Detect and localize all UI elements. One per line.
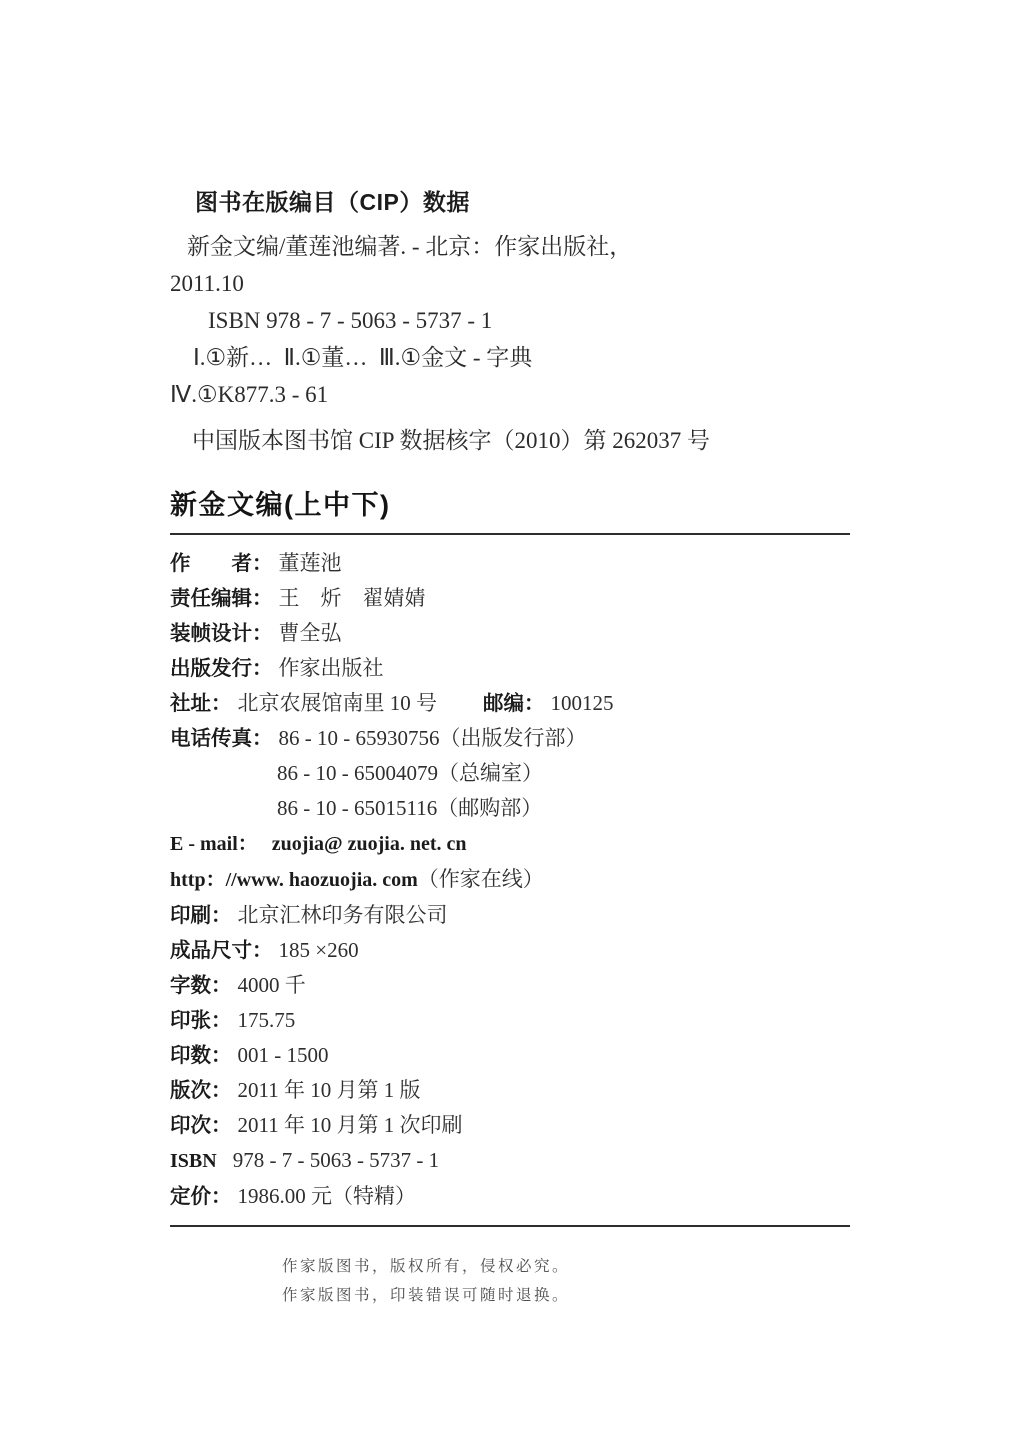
colophon-row: 定价：1986.00 元（特精） (170, 1179, 870, 1214)
colophon-divider (170, 1225, 850, 1227)
row-label: 印数： (170, 1044, 232, 1067)
cip-registration: 中国版本图书馆 CIP 数据核字（2010）第 262037 号 (170, 422, 870, 459)
colophon-rows: 作 者：董莲池责任编辑：王 炘 翟婧婧装帧设计：曹全弘出版发行：作家出版社社址：… (170, 546, 870, 1214)
row-label: 印刷： (170, 904, 232, 927)
cip-lines: 新金文编/董莲池编著. - 北京：作家出版社，2011.10ISBN 978 -… (170, 228, 870, 413)
row-value: 作家出版社 (279, 656, 384, 680)
row-label: 装帧设计： (170, 622, 273, 645)
colophon-row: ISBN978 - 7 - 5063 - 5737 - 1 (170, 1143, 870, 1179)
row-value: 董莲池 (279, 551, 342, 575)
row-value: zuojia@ zuojia. net. cn (272, 833, 467, 855)
title-divider (170, 533, 850, 535)
colophon-row: 印数：001 - 1500 (170, 1038, 870, 1073)
postcode-value: 100125 (551, 691, 614, 715)
colophon-row: 86 - 10 - 65015116（邮购部） (170, 791, 870, 826)
row-value: 86 - 10 - 65004079（总编室） (277, 761, 543, 785)
row-label: E - mail： (170, 833, 258, 855)
colophon-row: 电话传真：86 - 10 - 65930756（出版发行部） (170, 721, 870, 756)
row-value: http：//www. haozuojia. com (170, 869, 418, 891)
copyright-page: { "cip": { "header": "图书在版编目（CIP）数据", "l… (0, 0, 1021, 1439)
row-value: 001 - 1500 (238, 1043, 329, 1067)
row-label: 成品尺寸： (170, 939, 273, 962)
postcode-label: 邮编： (483, 692, 545, 715)
row-label: ISBN (170, 1150, 217, 1172)
colophon-row: E - mail：zuojia@ zuojia. net. cn (170, 826, 870, 862)
row-value: 978 - 7 - 5063 - 5737 - 1 (233, 1148, 439, 1172)
colophon-row: 责任编辑：王 炘 翟婧婧 (170, 581, 870, 616)
row-label: 社址： (170, 692, 232, 715)
row-value: 86 - 10 - 65015116（邮购部） (277, 796, 542, 820)
row-value: 1986.00 元（特精） (238, 1184, 417, 1208)
row-value: 2011 年 10 月第 1 次印刷 (238, 1113, 463, 1137)
cip-header: 图书在版编目（CIP）数据 (170, 186, 870, 218)
row-value: 175.75 (238, 1008, 296, 1032)
row-value: 北京农展馆南里 10 号 (238, 691, 438, 715)
cip-block: 图书在版编目（CIP）数据 新金文编/董莲池编著. - 北京：作家出版社，201… (170, 186, 870, 459)
cip-line: Ⅳ.①K877.3 - 61 (170, 376, 870, 413)
colophon-row: 印刷：北京汇林印务有限公司 (170, 898, 870, 933)
colophon-row: http：//www. haozuojia. com（作家在线） (170, 862, 870, 898)
colophon-row: 成品尺寸：185 ×260 (170, 933, 870, 968)
row-label: 电话传真： (170, 727, 273, 750)
cip-line: ISBN 978 - 7 - 5063 - 5737 - 1 (170, 302, 870, 339)
copyright-notice-line: 作家版图书，印装错误可随时退换。 (282, 1281, 870, 1310)
copyright-notice-line: 作家版图书，版权所有，侵权必究。 (282, 1252, 870, 1281)
colophon-row: 作 者：董莲池 (170, 546, 870, 581)
row-value: 86 - 10 - 65930756（出版发行部） (279, 726, 587, 750)
row-label: 印次： (170, 1114, 232, 1137)
colophon-row: 字数：4000 千 (170, 968, 870, 1003)
row-value-suffix: （作家在线） (418, 867, 544, 891)
cip-line: Ⅰ.①新… Ⅱ.①董… Ⅲ.①金文 - 字典 (170, 339, 870, 376)
colophon-row: 86 - 10 - 65004079（总编室） (170, 756, 870, 791)
cip-line: 新金文编/董莲池编著. - 北京：作家出版社， (170, 228, 870, 265)
page-content: 图书在版编目（CIP）数据 新金文编/董莲池编著. - 北京：作家出版社，201… (170, 186, 870, 1310)
row-label: 印张： (170, 1009, 232, 1032)
row-value: 曹全弘 (279, 621, 342, 645)
row-label: 出版发行： (170, 657, 273, 680)
row-value: 王 炘 翟婧婧 (279, 586, 426, 610)
row-value: 185 ×260 (279, 938, 359, 962)
colophon-row: 社址：北京农展馆南里 10 号邮编：100125 (170, 686, 870, 721)
colophon-row: 出版发行：作家出版社 (170, 651, 870, 686)
row-label: 字数： (170, 974, 232, 997)
row-label: 作 者： (170, 552, 273, 575)
book-title: 新金文编(上中下) (170, 488, 870, 522)
cip-line: 2011.10 (170, 265, 870, 302)
row-value: 北京汇林印务有限公司 (238, 903, 448, 927)
colophon-row: 印张：175.75 (170, 1003, 870, 1038)
row-label: 责任编辑： (170, 587, 273, 610)
colophon-row: 印次：2011 年 10 月第 1 次印刷 (170, 1108, 870, 1143)
colophon-row: 版次：2011 年 10 月第 1 版 (170, 1073, 870, 1108)
colophon-row: 装帧设计：曹全弘 (170, 616, 870, 651)
row-value: 2011 年 10 月第 1 版 (238, 1078, 421, 1102)
row-value: 4000 千 (238, 973, 306, 997)
row-label: 版次： (170, 1079, 232, 1102)
copyright-notices: 作家版图书，版权所有，侵权必究。作家版图书，印装错误可随时退换。 (282, 1252, 870, 1310)
row-label: 定价： (170, 1185, 232, 1208)
